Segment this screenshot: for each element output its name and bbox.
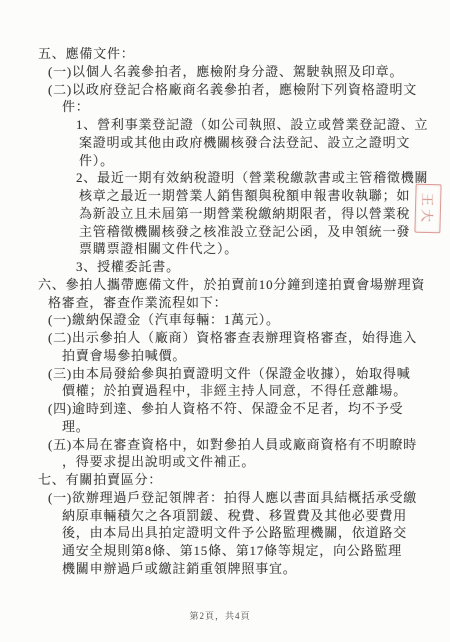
document-line: 六、參拍人攜帶應備文件，於拍賣前10分鐘到達拍賣會場辦理資 — [0, 276, 450, 294]
seal-characters: 王大 — [418, 192, 438, 225]
document-line: 件： — [0, 98, 450, 116]
document-line: (二)以政府登記合格廠商名義參拍者，應檢附下列資格證明文 — [0, 81, 450, 99]
document-line: ，得要求提出說明或文件補正。 — [0, 453, 450, 471]
document-line: (一)繳納保證金（汽車每輛：1萬元）。 — [0, 311, 450, 329]
document-line: (一)欲辦理過戶登記領牌者：拍得人應以書面具結概括承受繳 — [0, 489, 450, 507]
document-line: (五)本局在審查資格中，如對參拍人員或廠商資格有不明瞭時 — [0, 436, 450, 454]
document-line: 案證明或其他由政府機關核發合法登記、設立之證明文 — [0, 134, 450, 152]
document-page: 五、應備文件：(一)以個人名義參拍者，應檢附身分證、駕駛執照及印章。(二)以政府… — [0, 0, 450, 642]
document-line: 1、營利事業登記證（如公司執照、設立或營業登記證、立 — [0, 116, 450, 134]
document-line: 價權；於拍賣過程中，非經主持人同意，不得任意離場。 — [0, 382, 450, 400]
document-line: 理。 — [0, 418, 450, 436]
document-line: 拍賣會場參拍喊價。 — [0, 347, 450, 365]
document-line: (一)以個人名義參拍者，應檢附身分證、駕駛執照及印章。 — [0, 63, 450, 81]
document-line: 票購票證相關文件代之）。 — [0, 240, 450, 258]
document-body: 五、應備文件：(一)以個人名義參拍者，應檢附身分證、駕駛執照及印章。(二)以政府… — [0, 45, 450, 578]
document-line: 3、授權委託書。 — [0, 258, 450, 276]
red-seal-stamp: 王大 — [414, 184, 441, 234]
page-number-footer: 第2頁，共4頁 — [0, 609, 440, 622]
document-line: 主管稽徵機關核發之核准設立登記公函，及申領統一發 — [0, 223, 450, 241]
document-line: 七、有關拍賣區分： — [0, 471, 450, 489]
document-line: 為新設立且未屆第一期營業稅繳納期限者，得以營業稅 — [0, 205, 450, 223]
document-line: (二)出示參拍人（廠商）資格審查表辦理資格審查，始得進入 — [0, 329, 450, 347]
document-line: 納原車輛積欠之各項罰鍰、稅費、移置費及其他必要費用 — [0, 507, 450, 525]
document-line: 件）。 — [0, 152, 450, 170]
document-line: (三)由本局發給參與拍賣證明文件（保證金收據），始取得喊 — [0, 365, 450, 383]
document-line: 後，由本局出具拍定證明文件予公路監理機關，依道路交 — [0, 524, 450, 542]
document-line: (四)逾時到達、參拍人資格不符、保證金不足者，均不予受 — [0, 400, 450, 418]
document-line: 五、應備文件： — [0, 45, 450, 63]
document-line: 2、最近一期有效納稅證明（營業稅繳款書或主管稽徵機關 — [0, 169, 450, 187]
document-line: 機關申辦過戶或繳註銷重領牌照事宜。 — [0, 560, 450, 578]
document-line: 格審查，審查作業流程如下： — [0, 294, 450, 312]
document-line: 通安全規則第8條、第15條、第17條等規定，向公路監理 — [0, 542, 450, 560]
document-line: 核章之最近一期營業人銷售額與稅額申報書收執聯；如 — [0, 187, 450, 205]
